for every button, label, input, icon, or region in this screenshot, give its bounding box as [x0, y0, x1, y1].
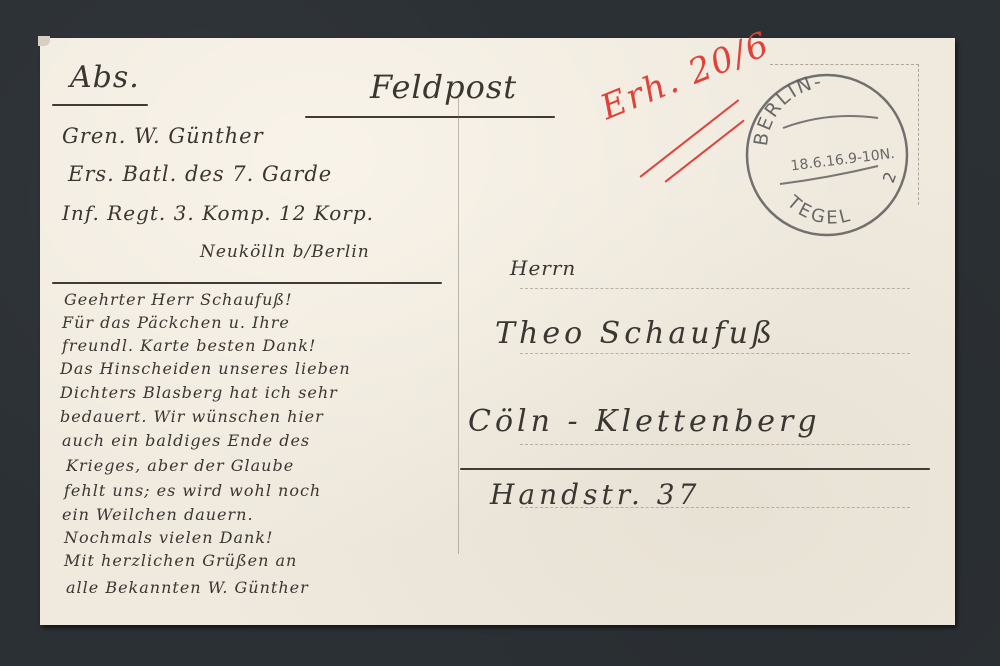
postcard: Abs. Gren. W. Günther Ers. Batl. des 7. … — [40, 38, 955, 625]
sender-label: Abs. — [70, 60, 140, 95]
sender-line-4: Neukölln b/Berlin — [200, 242, 370, 262]
annotation-strike-2 — [665, 120, 745, 183]
feldpost-header: Feldpost — [370, 68, 517, 106]
message-separator — [52, 282, 442, 284]
message-line: Krieges, aber der Glaube — [66, 456, 294, 475]
recipient-city: Cöln - Klettenberg — [468, 404, 821, 439]
message-signature-line: alle Bekannten W. Günther — [66, 578, 309, 597]
svg-text:BERLIN-: BERLIN- — [750, 70, 824, 147]
sender-line-3: Inf. Regt. 3. Komp. 12 Korp. — [62, 201, 374, 225]
postmark-city-top: BERLIN- — [750, 70, 824, 147]
postmark-city-bottom: TEGEL — [782, 191, 854, 229]
postmark-date: 18.6.16.9-10N. — [790, 146, 896, 175]
message-line: Mit herzlichen Grüßen an — [64, 551, 297, 570]
recipient-name: Theo Schaufuß — [495, 316, 776, 351]
feldpost-underline — [305, 116, 555, 118]
address-line-1 — [520, 288, 910, 289]
corner-nick — [38, 36, 50, 46]
recipient-salutation: Herrn — [510, 256, 576, 280]
message-line: ein Weilchen dauern. — [62, 505, 254, 524]
recipient-street: Handstr. 37 — [490, 478, 700, 511]
recipient-city-underline — [460, 468, 930, 470]
message-line: bedauert. Wir wünschen hier — [60, 407, 324, 426]
message-line: Dichters Blasberg hat ich sehr — [60, 383, 338, 402]
message-line: Das Hinscheiden unseres lieben — [60, 359, 351, 378]
sender-label-underline — [52, 104, 148, 106]
postmark-cancel: BERLIN- 18.6.16.9-10N. TEGEL 2 — [738, 66, 916, 244]
annotation-strike-1 — [640, 99, 739, 177]
sender-line-1: Gren. W. Günther — [62, 124, 264, 148]
message-line: Für das Päckchen u. Ihre — [62, 313, 290, 332]
postmark-number: 2 — [879, 169, 900, 185]
message-line: Geehrter Herr Schaufuß! — [64, 290, 293, 309]
svg-text:TEGEL: TEGEL — [782, 191, 854, 229]
message-line: Nochmals vielen Dank! — [64, 528, 273, 547]
message-line: auch ein baldiges Ende des — [62, 431, 310, 450]
address-line-3 — [520, 444, 910, 445]
message-line: freundl. Karte besten Dank! — [62, 336, 316, 355]
message-line: fehlt uns; es wird wohl noch — [64, 481, 321, 500]
sender-line-2: Ers. Batl. des 7. Garde — [68, 162, 332, 186]
address-line-2 — [520, 353, 910, 354]
card-divider — [458, 96, 459, 554]
